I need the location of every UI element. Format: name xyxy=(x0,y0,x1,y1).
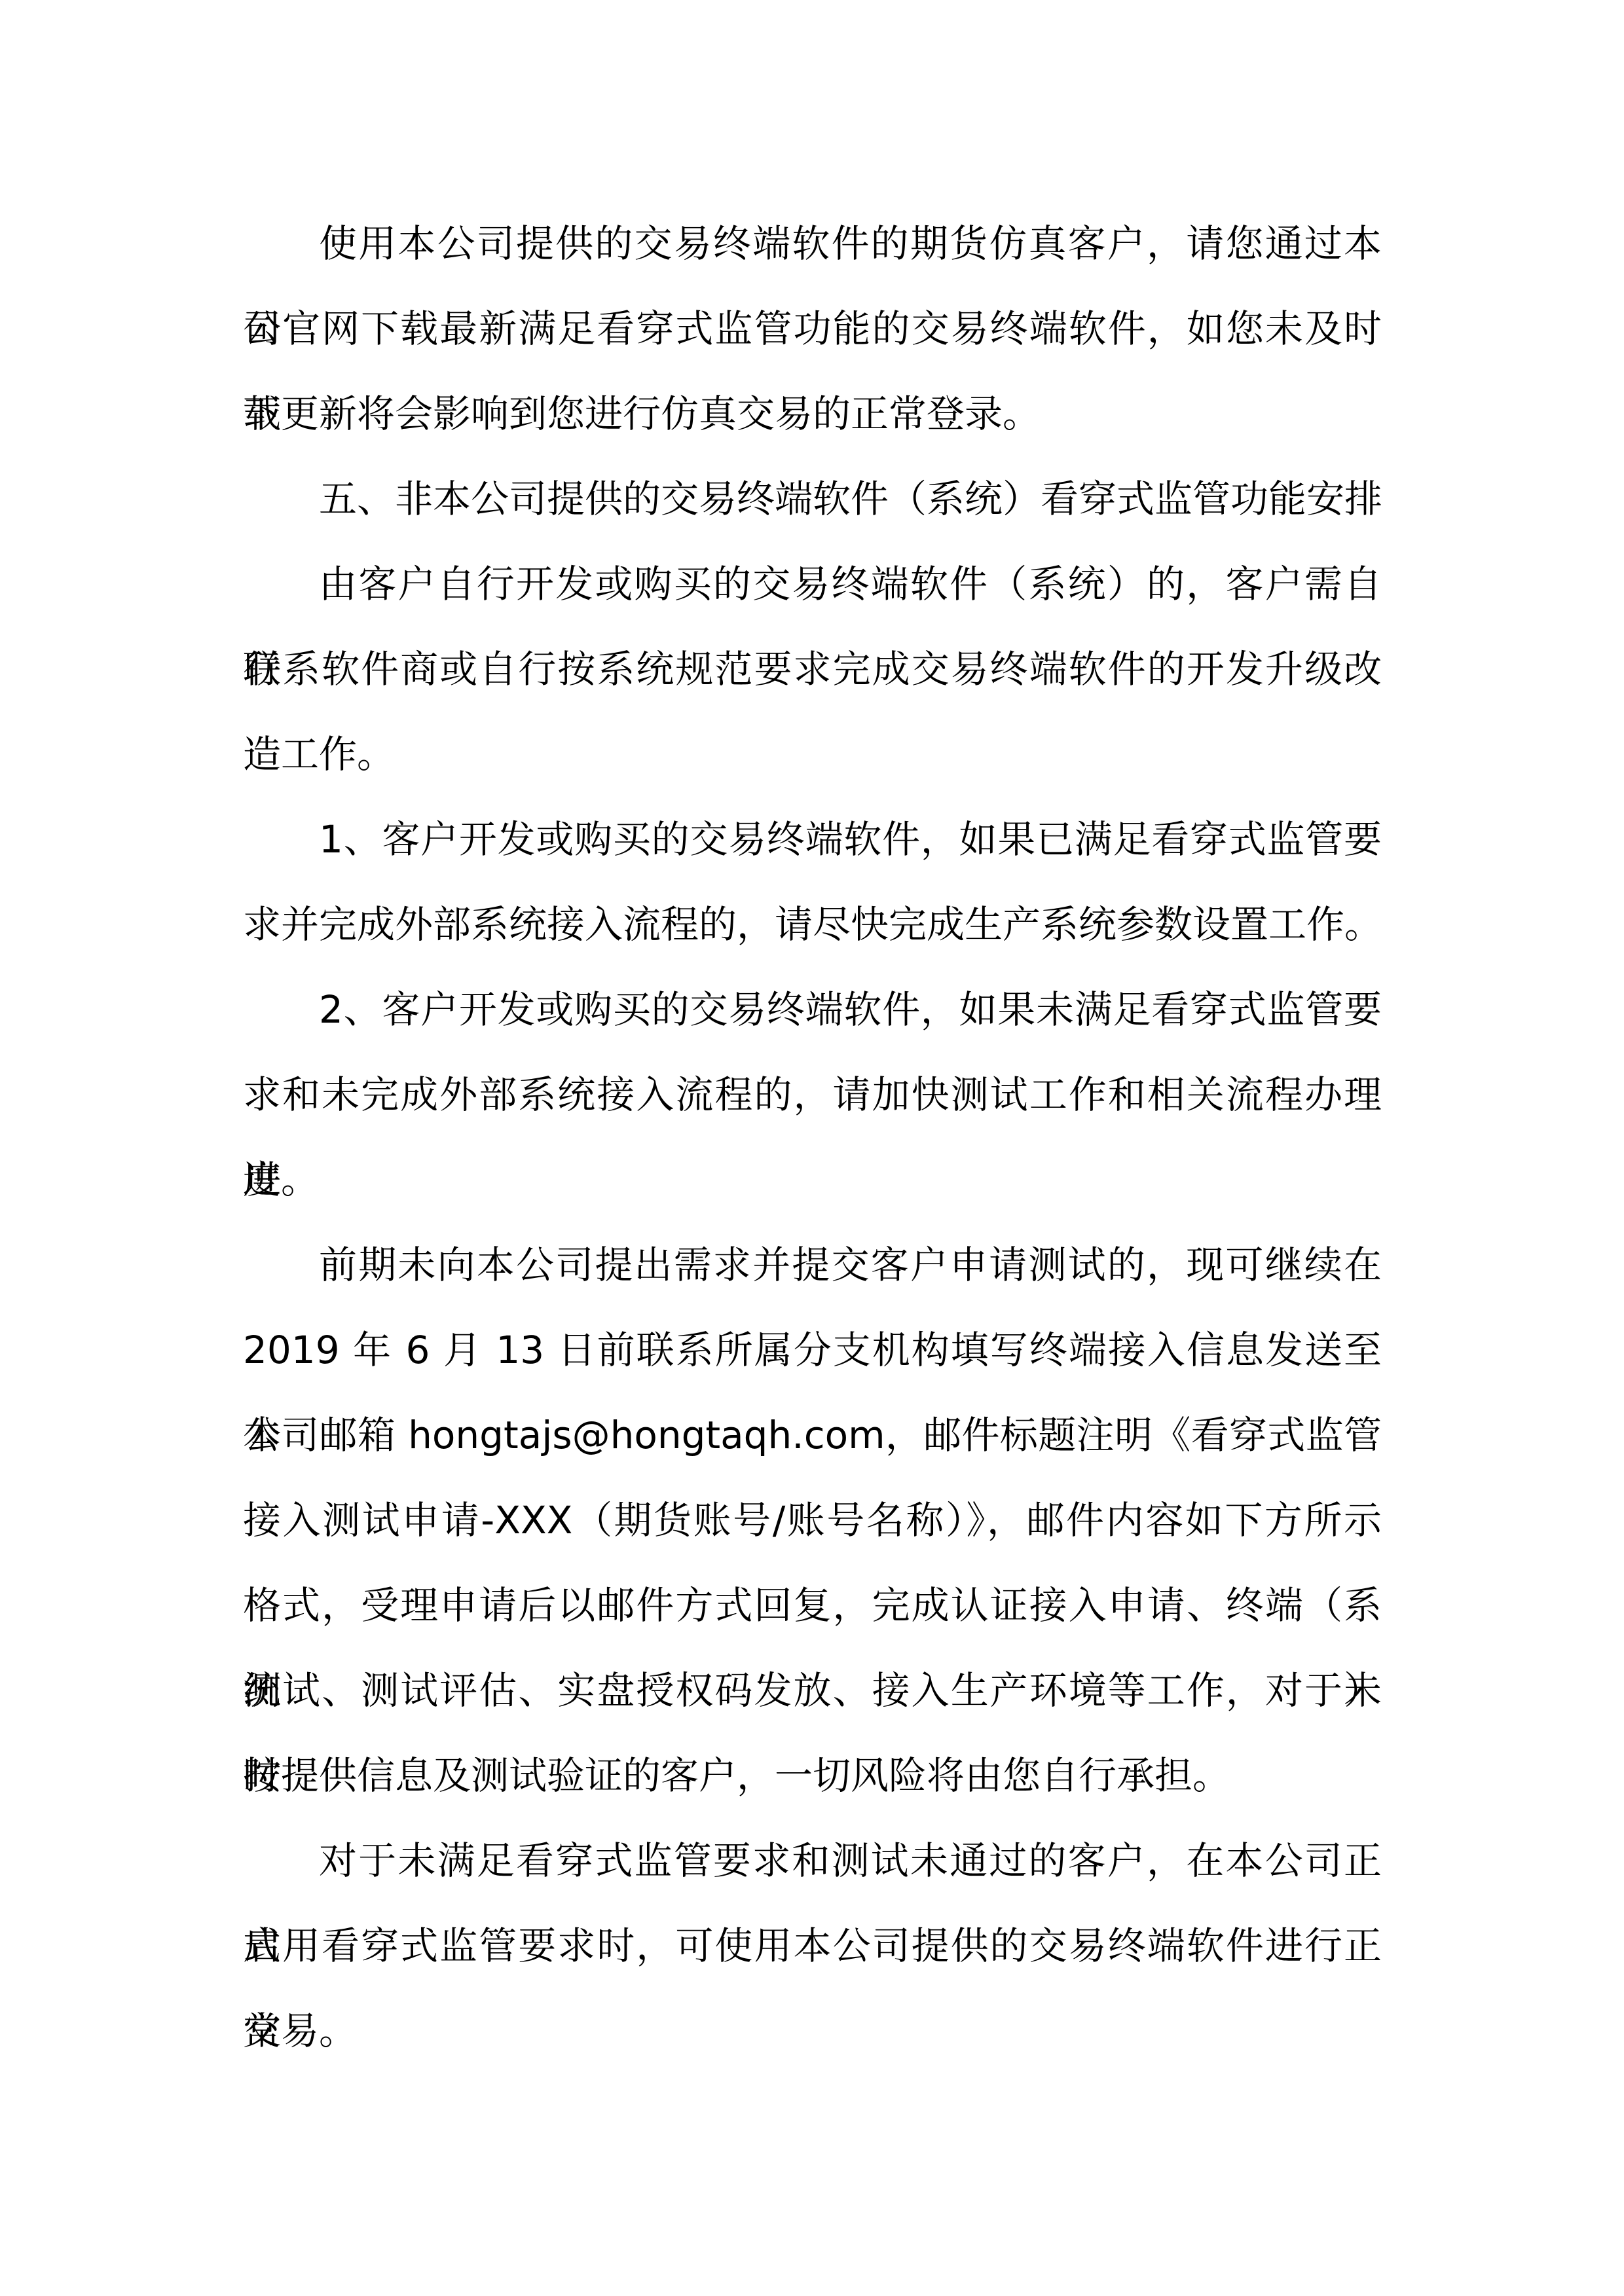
document-line: 测试、测试评估、实盘授权码发放、接入生产环境等工作，对于未按 xyxy=(243,1648,1382,1733)
document-line: 时提供信息及测试验证的客户，一切风险将由您自行承担。 xyxy=(243,1733,1382,1818)
document-line: 联系软件商或自行按系统规范要求完成交易终端软件的开发升级改 xyxy=(243,627,1382,712)
document-line: 使用本公司提供的交易终端软件的期货仿真客户，请您通过本公 xyxy=(243,201,1382,286)
document-line: 格式，受理申请后以邮件方式回复，完成认证接入申请、终端（系统） xyxy=(243,1563,1382,1648)
document-line: 2、客户开发或购买的交易终端软件，如果未满足看穿式监管要 xyxy=(243,967,1382,1052)
document-section-heading: 五、非本公司提供的交易终端软件（系统）看穿式监管功能安排 xyxy=(243,456,1382,541)
document-line: 2019 年 6 月 13 日前联系所属分支机构填写终端接入信息发送至本 xyxy=(243,1307,1382,1393)
document-line: 对于未满足看穿式监管要求和测试未通过的客户，在本公司正式 xyxy=(243,1818,1382,1903)
document-line: 造工作。 xyxy=(243,712,1382,797)
document-line: 前期未向本公司提出需求并提交客户申请测试的，现可继续在 xyxy=(243,1222,1382,1307)
document-line: 交易。 xyxy=(243,1988,1382,2073)
document-line: 求和未完成外部系统接入流程的，请加快测试工作和相关流程办理进 xyxy=(243,1052,1382,1137)
document-line: 司官网下载最新满足看穿式监管功能的交易终端软件，如您未及时下 xyxy=(243,286,1382,371)
document-page: 使用本公司提供的交易终端软件的期货仿真客户，请您通过本公 司官网下载最新满足看穿… xyxy=(0,0,1624,2296)
document-line: 度。 xyxy=(243,1137,1382,1222)
document-line: 求并完成外部系统接入流程的，请尽快完成生产系统参数设置工作。 xyxy=(243,882,1382,967)
document-line: 载更新将会影响到您进行仿真交易的正常登录。 xyxy=(243,371,1382,456)
document-line: 启用看穿式监管要求时，可使用本公司提供的交易终端软件进行正常 xyxy=(243,1903,1382,1988)
document-line: 公司邮箱 hongtajs@hongtaqh.com，邮件标题注明《看穿式监管 xyxy=(243,1393,1382,1478)
document-line: 由客户自行开发或购买的交易终端软件（系统）的，客户需自行 xyxy=(243,541,1382,627)
document-line: 1、客户开发或购买的交易终端软件，如果已满足看穿式监管要 xyxy=(243,797,1382,882)
document-line: 接入测试申请-XXX（期货账号/账号名称）》，邮件内容如下方所示 xyxy=(243,1478,1382,1563)
